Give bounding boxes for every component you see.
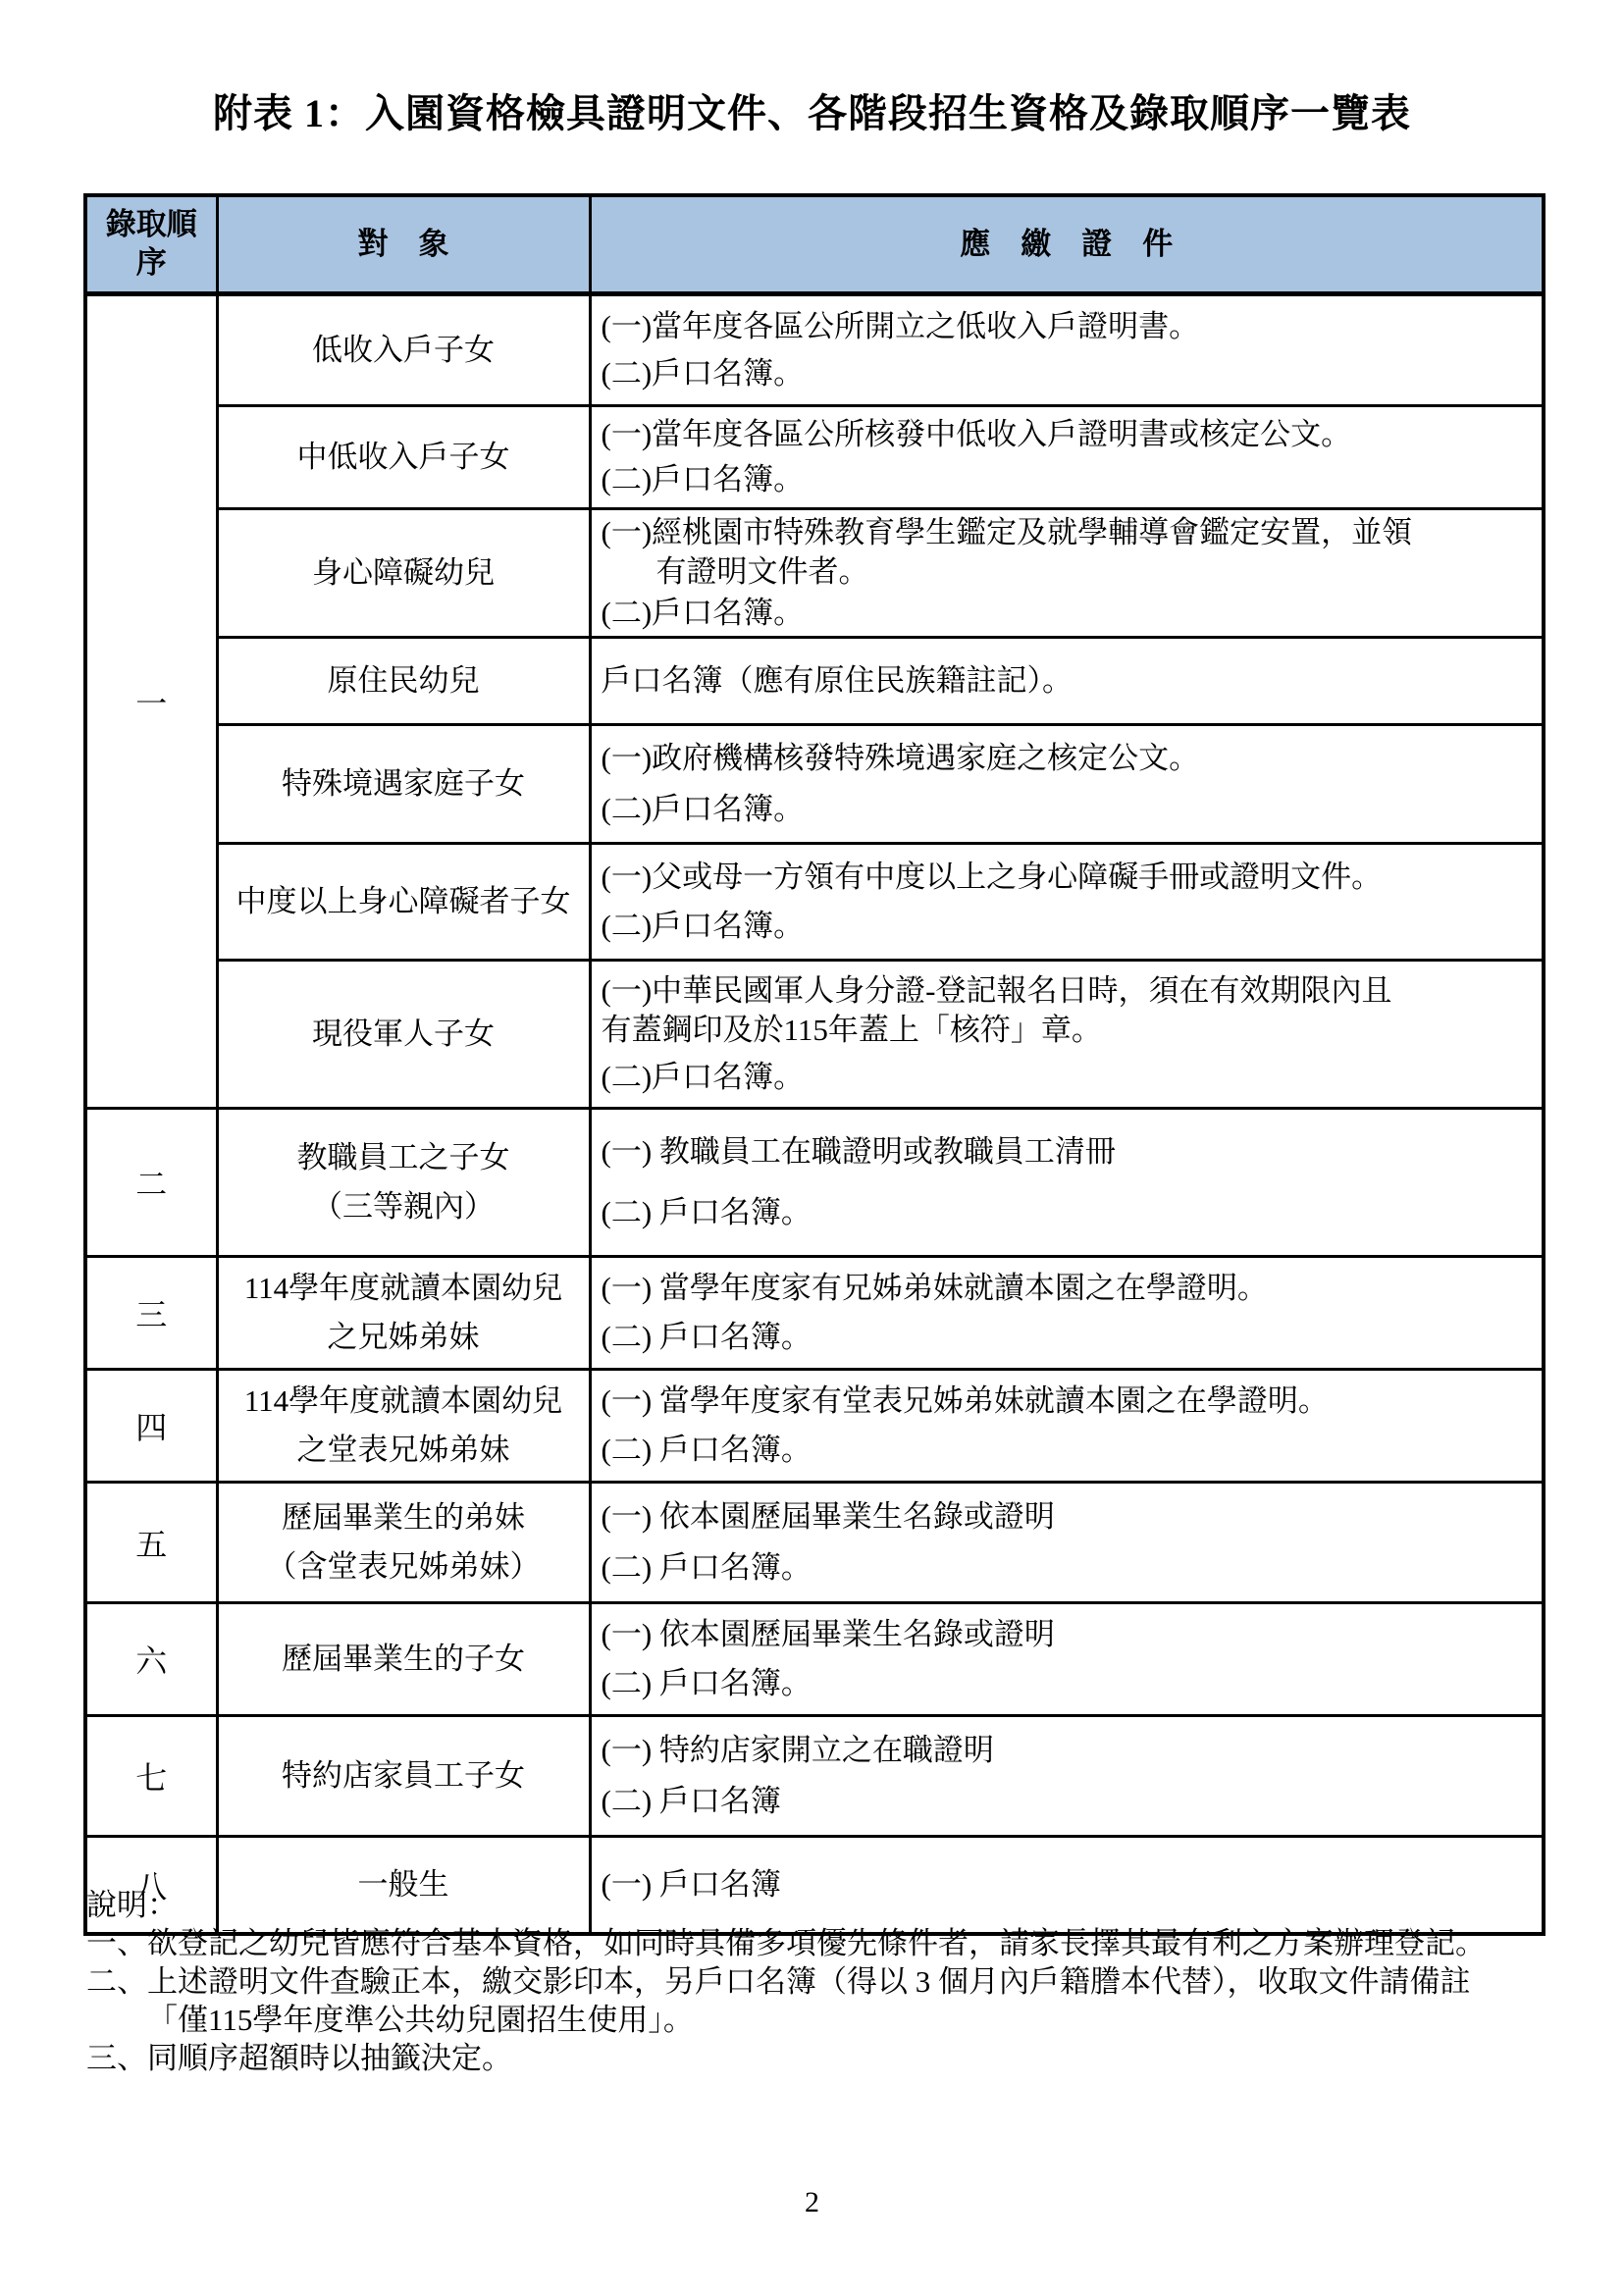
table-row: 六歷屆畢業生的子女(一) 依本園歷屆畢業生名錄或證明(二) 戶口名簿。 <box>85 1603 1544 1716</box>
doc-line: (一) 教職員工在職證明或教職員工清冊 <box>602 1132 1535 1172</box>
table-row: 原住民幼兒戶口名簿（應有原住民族籍註記）。 <box>85 638 1544 725</box>
target-line: 中低收入戶子女 <box>297 438 510 477</box>
document-item: (一) 當學年度家有兄姊弟妹就讀本園之在學證明。 <box>602 1269 1535 1308</box>
doc-line: (二)戶口名簿。 <box>602 1058 1535 1097</box>
document-item: (二)戶口名簿。 <box>602 907 1535 946</box>
doc-line: (一)父或母一方領有中度以上之身心障礙手冊或證明文件。 <box>602 858 1535 897</box>
doc-line: (一)當年度各區公所核發中低收入戶證明書或核定公文。 <box>602 415 1535 454</box>
target-line: 原住民幼兒 <box>328 661 480 701</box>
doc-line: (二) 戶口名簿。 <box>602 1664 1535 1703</box>
document-item: 戶口名簿（應有原住民族籍註記）。 <box>602 661 1535 701</box>
table-row: 一低收入戶子女(一)當年度各區公所開立之低收入戶證明書。(二)戶口名簿。 <box>85 294 1544 406</box>
target-line: 特約店家員工子女 <box>282 1756 525 1796</box>
document-item: (二)戶口名簿。 <box>602 790 1535 829</box>
documents-cell: (一) 教職員工在職證明或教職員工清冊(二) 戶口名簿。 <box>590 1109 1544 1257</box>
target-line: 歷屆畢業生的弟妹 <box>282 1498 525 1538</box>
target-cell: 114學年度就讀本園幼兒之兄姊弟妹 <box>217 1257 590 1370</box>
note-line: 二、上述證明文件查驗正本，繳交影印本，另戶口名簿（得以 3 個月內戶籍謄本代替）… <box>86 1962 1578 2001</box>
order-cell: 五 <box>85 1483 217 1603</box>
target-line: 現役軍人子女 <box>312 1015 495 1054</box>
order-cell: 四 <box>85 1370 217 1483</box>
document-item: (二) 戶口名簿 <box>602 1782 1535 1821</box>
table-row: 七特約店家員工子女(一) 特約店家開立之在職證明(二) 戶口名簿 <box>85 1716 1544 1837</box>
target-line: 教職員工之子女 <box>297 1138 510 1177</box>
table-row: 中度以上身心障礙者子女(一)父或母一方領有中度以上之身心障礙手冊或證明文件。(二… <box>85 844 1544 961</box>
documents-cell: (一) 特約店家開立之在職證明(二) 戶口名簿 <box>590 1716 1544 1837</box>
doc-line: (一) 當學年度家有堂表兄姊弟妹就讀本園之在學證明。 <box>602 1382 1535 1421</box>
order-cell: 三 <box>85 1257 217 1370</box>
header-documents: 應 繳 證 件 <box>590 195 1544 294</box>
doc-line: 有證明文件者。 <box>602 552 1535 592</box>
order-cell: 六 <box>85 1603 217 1716</box>
note-line: 三、同順序超額時以抽籤決定。 <box>86 2039 1578 2077</box>
target-line: 114學年度就讀本園幼兒 <box>244 1382 562 1421</box>
doc-line: (一) 依本園歷屆畢業生名錄或證明 <box>602 1615 1535 1654</box>
table-row: 身心障礙幼兒(一)經桃園市特殊教育學生鑑定及就學輔導會鑑定安置，並領有證明文件者… <box>85 509 1544 638</box>
documents-cell: (一)當年度各區公所核發中低收入戶證明書或核定公文。(二)戶口名簿。 <box>590 406 1544 509</box>
table-row: 特殊境遇家庭子女(一)政府機構核發特殊境遇家庭之核定公文。(二)戶口名簿。 <box>85 725 1544 844</box>
table-row: 四114學年度就讀本園幼兒之堂表兄姊弟妹(一) 當學年度家有堂表兄姊弟妹就讀本園… <box>85 1370 1544 1483</box>
documents-cell: (一) 依本園歷屆畢業生名錄或證明(二) 戶口名簿。 <box>590 1603 1544 1716</box>
target-cell: 原住民幼兒 <box>217 638 590 725</box>
target-line: 114學年度就讀本園幼兒 <box>244 1269 562 1308</box>
doc-line: 戶口名簿（應有原住民族籍註記）。 <box>602 661 1535 701</box>
order-cell: 一 <box>85 294 217 1109</box>
document-item: (二)戶口名簿。 <box>602 594 1535 633</box>
document-item: (一) 依本園歷屆畢業生名錄或證明 <box>602 1615 1535 1654</box>
note-line: 「僅115學年度準公共幼兒園招生使用」。 <box>86 2001 1578 2039</box>
target-line: （含堂表兄姊弟妹） <box>267 1547 541 1587</box>
document-item: (二)戶口名簿。 <box>602 1058 1535 1097</box>
doc-line: (二) 戶口名簿。 <box>602 1548 1535 1588</box>
documents-cell: (一) 當學年度家有堂表兄姊弟妹就讀本園之在學證明。(二) 戶口名簿。 <box>590 1370 1544 1483</box>
target-line: 之堂表兄姊弟妹 <box>297 1431 510 1470</box>
document-item: (一)中華民國軍人身分證-登記報名日時，須在有效期限內且有蓋鋼印及於115年蓋上… <box>602 971 1535 1050</box>
doc-line: (二) 戶口名簿 <box>602 1782 1535 1821</box>
page-title: 附表 1：入園資格檢具證明文件、各階段招生資格及錄取順序一覽表 <box>0 82 1624 138</box>
target-cell: 現役軍人子女 <box>217 961 590 1109</box>
doc-line: (二) 戶口名簿。 <box>602 1193 1535 1232</box>
header-target: 對 象 <box>217 195 590 294</box>
target-line: 低收入戶子女 <box>312 331 495 370</box>
doc-line: (一) 當學年度家有兄姊弟妹就讀本園之在學證明。 <box>602 1269 1535 1308</box>
document-item: (二) 戶口名簿。 <box>602 1193 1535 1232</box>
document-item: (一)經桃園市特殊教育學生鑑定及就學輔導會鑑定安置，並領有證明文件者。 <box>602 513 1535 592</box>
notes-section: 說明： 一、欲登記之幼兒皆應符合基本資格，如同時具備多項優先條件者，請家長擇其最… <box>86 1886 1578 2077</box>
documents-cell: (一)父或母一方領有中度以上之身心障礙手冊或證明文件。(二)戶口名簿。 <box>590 844 1544 961</box>
doc-line: (一) 特約店家開立之在職證明 <box>602 1731 1535 1770</box>
target-line: 特殊境遇家庭子女 <box>282 764 525 804</box>
document-page: 附表 1：入園資格檢具證明文件、各階段招生資格及錄取順序一覽表 錄取順 序 對 … <box>0 0 1624 2295</box>
table-row: 五歷屆畢業生的弟妹（含堂表兄姊弟妹）(一) 依本園歷屆畢業生名錄或證明(二) 戶… <box>85 1483 1544 1603</box>
target-cell: 中低收入戶子女 <box>217 406 590 509</box>
notes-list: 一、欲登記之幼兒皆應符合基本資格，如同時具備多項優先條件者，請家長擇其最有利之方… <box>86 1924 1578 2077</box>
target-cell: 低收入戶子女 <box>217 294 590 406</box>
note-line: 一、欲登記之幼兒皆應符合基本資格，如同時具備多項優先條件者，請家長擇其最有利之方… <box>86 1924 1578 1962</box>
document-item: (二) 戶口名簿。 <box>602 1664 1535 1703</box>
target-cell: 身心障礙幼兒 <box>217 509 590 638</box>
document-item: (一)當年度各區公所核發中低收入戶證明書或核定公文。 <box>602 415 1535 454</box>
target-line: 身心障礙幼兒 <box>312 553 495 593</box>
target-line: 歷屆畢業生的子女 <box>282 1640 525 1679</box>
table-header: 錄取順 序 對 象 應 繳 證 件 <box>85 195 1544 294</box>
header-row: 錄取順 序 對 象 應 繳 證 件 <box>85 195 1544 294</box>
target-cell: 歷屆畢業生的子女 <box>217 1603 590 1716</box>
admission-table: 錄取順 序 對 象 應 繳 證 件 一低收入戶子女(一)當年度各區公所開立之低收… <box>83 193 1545 1936</box>
doc-line: (二)戶口名簿。 <box>602 354 1535 393</box>
documents-cell: (一)中華民國軍人身分證-登記報名日時，須在有效期限內且有蓋鋼印及於115年蓋上… <box>590 961 1544 1109</box>
header-order: 錄取順 序 <box>85 195 217 294</box>
doc-line: (一) 依本園歷屆畢業生名錄或證明 <box>602 1497 1535 1537</box>
target-cell: 114學年度就讀本園幼兒之堂表兄姊弟妹 <box>217 1370 590 1483</box>
document-item: (二) 戶口名簿。 <box>602 1548 1535 1588</box>
doc-line: (二)戶口名簿。 <box>602 460 1535 499</box>
document-item: (一)政府機構核發特殊境遇家庭之核定公文。 <box>602 739 1535 778</box>
document-item: (二) 戶口名簿。 <box>602 1318 1535 1357</box>
document-item: (二)戶口名簿。 <box>602 460 1535 499</box>
table-row: 中低收入戶子女(一)當年度各區公所核發中低收入戶證明書或核定公文。(二)戶口名簿… <box>85 406 1544 509</box>
document-item: (二)戶口名簿。 <box>602 354 1535 393</box>
documents-cell: (一)政府機構核發特殊境遇家庭之核定公文。(二)戶口名簿。 <box>590 725 1544 844</box>
documents-cell: (一) 依本園歷屆畢業生名錄或證明(二) 戶口名簿。 <box>590 1483 1544 1603</box>
target-line: 之兄姊弟妹 <box>328 1318 480 1357</box>
doc-line: 有蓋鋼印及於115年蓋上「核符」章。 <box>602 1011 1535 1050</box>
page-number: 2 <box>0 2186 1624 2219</box>
doc-line: (二) 戶口名簿。 <box>602 1431 1535 1470</box>
document-item: (一) 當學年度家有堂表兄姊弟妹就讀本園之在學證明。 <box>602 1382 1535 1421</box>
documents-cell: (一) 當學年度家有兄姊弟妹就讀本園之在學證明。(二) 戶口名簿。 <box>590 1257 1544 1370</box>
document-item: (二) 戶口名簿。 <box>602 1431 1535 1470</box>
documents-cell: (一)經桃園市特殊教育學生鑑定及就學輔導會鑑定安置，並領有證明文件者。(二)戶口… <box>590 509 1544 638</box>
target-line: 中度以上身心障礙者子女 <box>236 882 571 921</box>
doc-line: (一)中華民國軍人身分證-登記報名日時，須在有效期限內且 <box>602 971 1535 1011</box>
doc-line: (一)政府機構核發特殊境遇家庭之核定公文。 <box>602 739 1535 778</box>
target-cell: 特殊境遇家庭子女 <box>217 725 590 844</box>
document-item: (一)父或母一方領有中度以上之身心障礙手冊或證明文件。 <box>602 858 1535 897</box>
target-cell: 歷屆畢業生的弟妹（含堂表兄姊弟妹） <box>217 1483 590 1603</box>
doc-line: (二)戶口名簿。 <box>602 594 1535 633</box>
table-row: 三114學年度就讀本園幼兒之兄姊弟妹(一) 當學年度家有兄姊弟妹就讀本園之在學證… <box>85 1257 1544 1370</box>
target-cell: 教職員工之子女（三等親內） <box>217 1109 590 1257</box>
document-item: (一) 依本園歷屆畢業生名錄或證明 <box>602 1497 1535 1537</box>
doc-line: (一)經桃園市特殊教育學生鑑定及就學輔導會鑑定安置，並領 <box>602 513 1535 552</box>
doc-line: (二)戶口名簿。 <box>602 907 1535 946</box>
table-row: 二教職員工之子女（三等親內）(一) 教職員工在職證明或教職員工清冊(二) 戶口名… <box>85 1109 1544 1257</box>
document-item: (一)當年度各區公所開立之低收入戶證明書。 <box>602 307 1535 346</box>
documents-cell: (一)當年度各區公所開立之低收入戶證明書。(二)戶口名簿。 <box>590 294 1544 406</box>
table-row: 現役軍人子女(一)中華民國軍人身分證-登記報名日時，須在有效期限內且有蓋鋼印及於… <box>85 961 1544 1109</box>
doc-line: (一)當年度各區公所開立之低收入戶證明書。 <box>602 307 1535 346</box>
document-item: (一) 教職員工在職證明或教職員工清冊 <box>602 1132 1535 1172</box>
doc-line: (二)戶口名簿。 <box>602 790 1535 829</box>
target-line: （三等親內） <box>312 1187 495 1226</box>
notes-heading: 說明： <box>86 1886 1578 1924</box>
document-item: (一) 特約店家開立之在職證明 <box>602 1731 1535 1770</box>
target-cell: 中度以上身心障礙者子女 <box>217 844 590 961</box>
table-body: 一低收入戶子女(一)當年度各區公所開立之低收入戶證明書。(二)戶口名簿。中低收入… <box>85 294 1544 1935</box>
order-cell: 二 <box>85 1109 217 1257</box>
target-cell: 特約店家員工子女 <box>217 1716 590 1837</box>
doc-line: (二) 戶口名簿。 <box>602 1318 1535 1357</box>
order-cell: 七 <box>85 1716 217 1837</box>
documents-cell: 戶口名簿（應有原住民族籍註記）。 <box>590 638 1544 725</box>
